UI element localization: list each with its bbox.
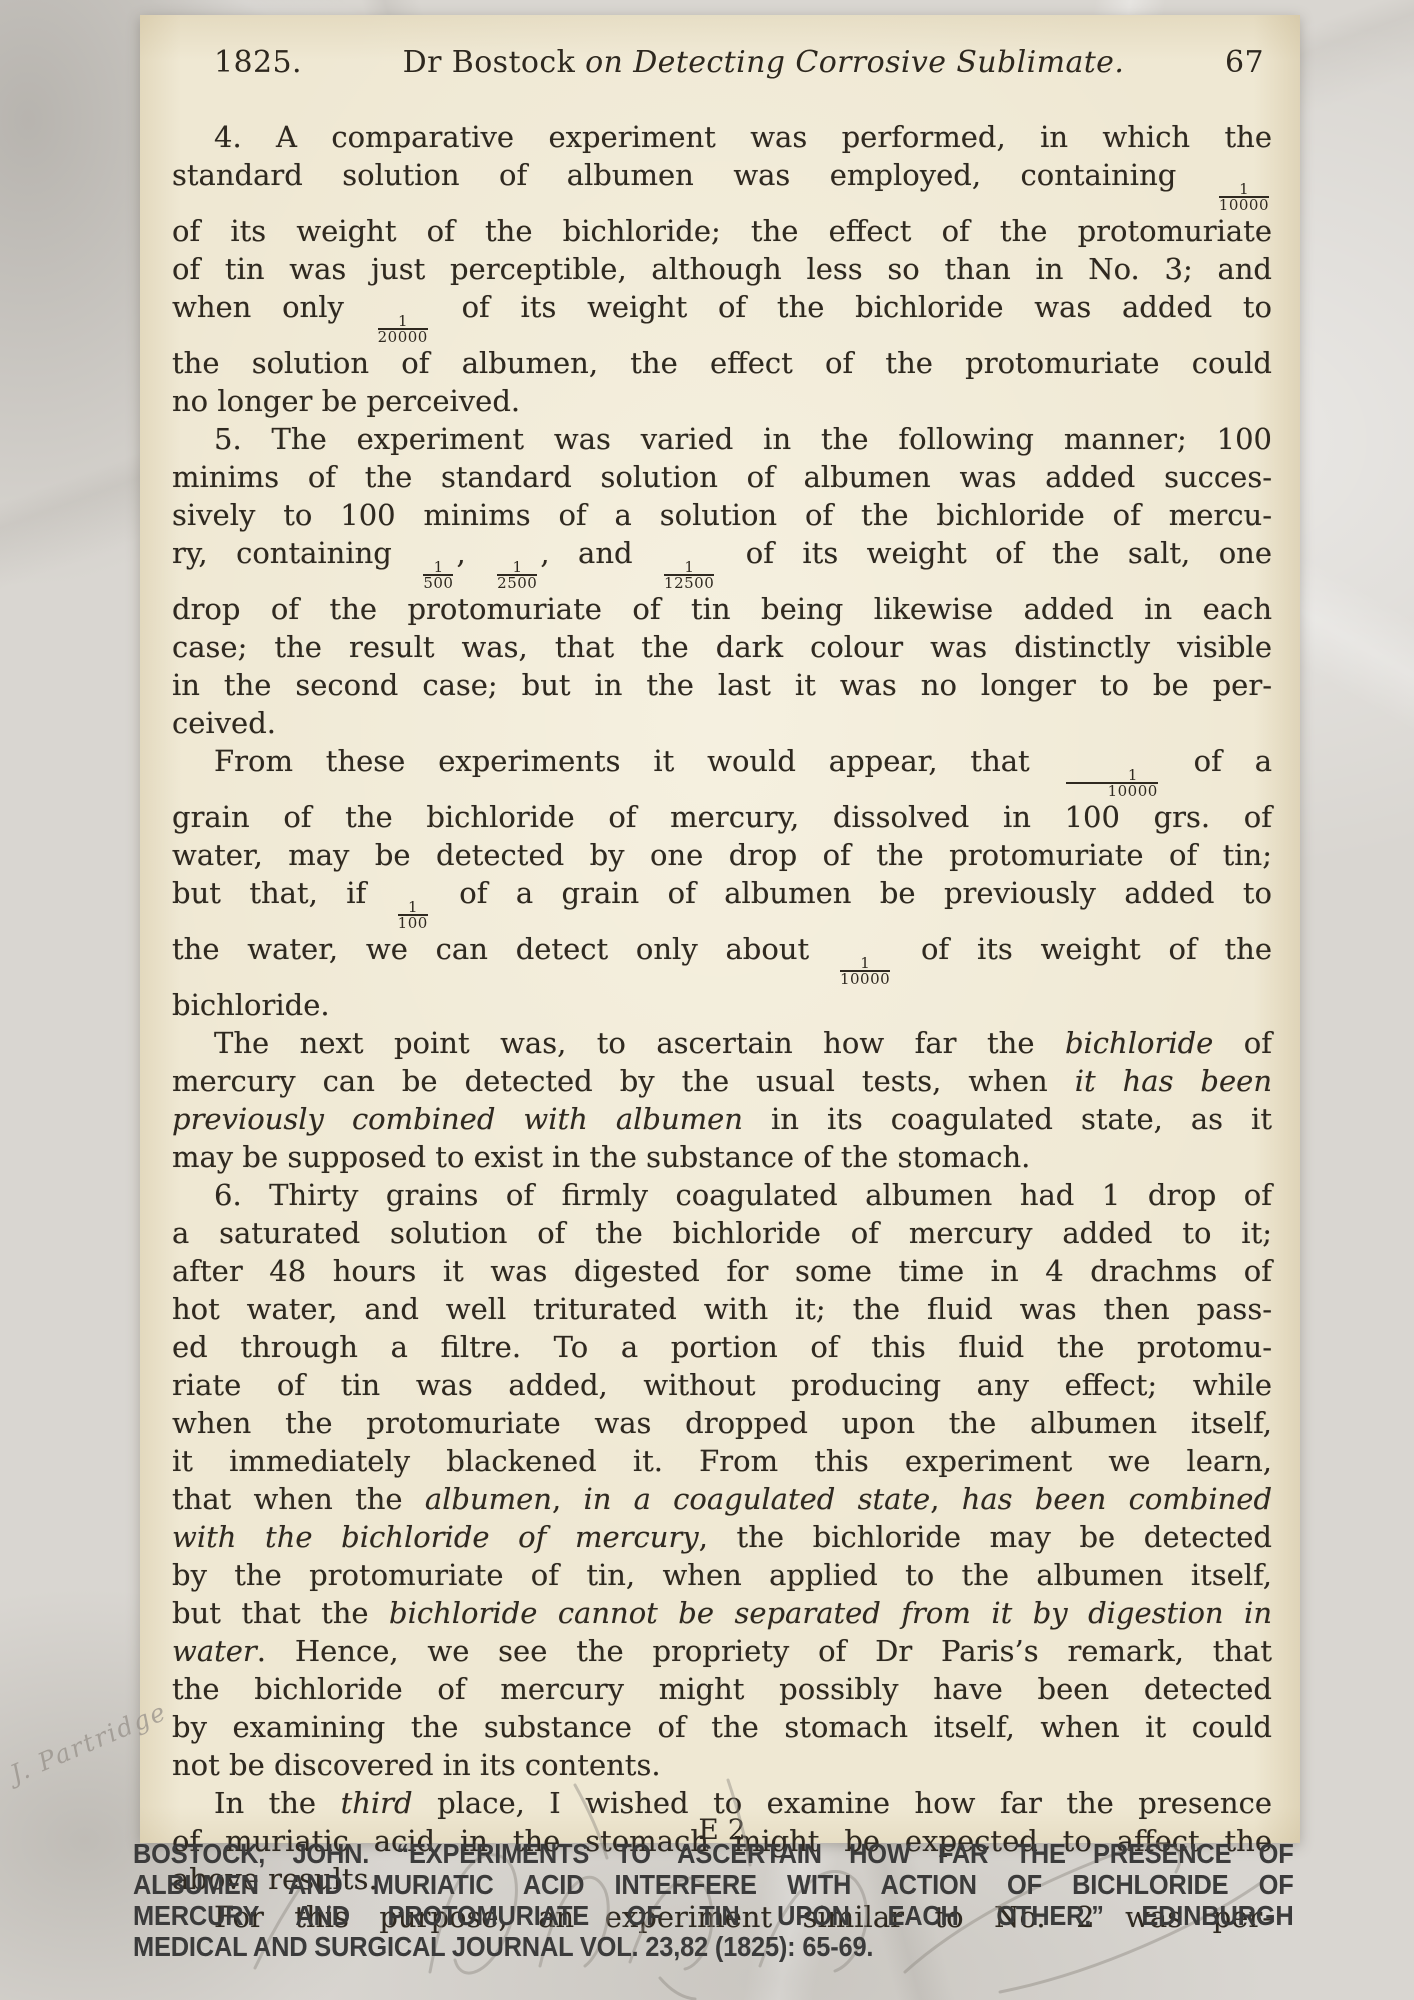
- text-line: From these experiments it would appear, …: [172, 742, 1272, 798]
- text-line: may be supposed to exist in the substanc…: [172, 1138, 1272, 1176]
- caption-line: BOSTOCK, JOHN. “EXPERIMENTS TO ASCERTAIN…: [133, 1838, 1294, 1869]
- text-line: in the second case; but in the last it w…: [172, 666, 1272, 704]
- text-line: 5. The experiment was varied in the foll…: [172, 420, 1272, 458]
- text-line: the water, we can detect only about 1100…: [172, 930, 1272, 986]
- running-title: Dr Bostock on Detecting Corrosive Sublim…: [302, 45, 1225, 80]
- text-line: that when the albumen, in a coagulated s…: [172, 1480, 1272, 1518]
- text-line: previously combined with albumen in its …: [172, 1100, 1272, 1138]
- paragraph: The next point was, to ascertain how far…: [172, 1024, 1272, 1176]
- text-line: ry, containing 1500, 12500, and 112500 o…: [172, 534, 1272, 590]
- text-line: sively to 100 minims of a solution of th…: [172, 496, 1272, 534]
- text-line: but that, if 1100 of a grain of albumen …: [172, 874, 1272, 930]
- caption-line: MEDICAL AND SURGICAL JOURNAL VOL. 23,82 …: [133, 1931, 1294, 1962]
- page-text: 4. A comparative experiment was performe…: [172, 118, 1272, 1936]
- text-line: water. Hence, we see the propriety of Dr…: [172, 1632, 1272, 1670]
- text-line: hot water, and well triturated with it; …: [172, 1290, 1272, 1328]
- text-line: it immediately blackened it. From this e…: [172, 1442, 1272, 1480]
- page-year: 1825.: [214, 45, 302, 80]
- text-line: bichloride.: [172, 986, 1272, 1024]
- text-line: water, may be detected by one drop of th…: [172, 836, 1272, 874]
- text-line: case; the result was, that the dark colo…: [172, 628, 1272, 666]
- text-line: no longer be perceived.: [172, 382, 1272, 420]
- page-number: 67: [1225, 45, 1264, 80]
- paragraph: 6. Thirty grains of firmly coagulated al…: [172, 1176, 1272, 1784]
- caption-line: MERCURY AND PROTOMURIATE OF TIN UPON EAC…: [133, 1900, 1294, 1931]
- text-line: ceived.: [172, 704, 1272, 742]
- text-line: by the protomuriate of tin, when applied…: [172, 1556, 1272, 1594]
- citation-caption: BOSTOCK, JOHN. “EXPERIMENTS TO ASCERTAIN…: [133, 1838, 1294, 1962]
- text-line: but that the bichloride cannot be separa…: [172, 1594, 1272, 1632]
- text-line: ed through a filtre. To a portion of thi…: [172, 1328, 1272, 1366]
- text-line: drop of the protomuriate of tin being li…: [172, 590, 1272, 628]
- text-line: of tin was just perceptible, although le…: [172, 250, 1272, 288]
- text-line: when only 120000 of its weight of the bi…: [172, 288, 1272, 344]
- text-line: when the protomuriate was dropped upon t…: [172, 1404, 1272, 1442]
- paragraph: 5. The experiment was varied in the foll…: [172, 420, 1272, 742]
- paragraph: From these experiments it would appear, …: [172, 742, 1272, 1024]
- text-line: of its weight of the bichloride; the eff…: [172, 212, 1272, 250]
- running-title-roman: Dr Bostock: [403, 45, 585, 80]
- text-line: 4. A comparative experiment was performe…: [172, 118, 1272, 156]
- text-line: the bichloride of mercury might possibly…: [172, 1670, 1272, 1708]
- paragraph: 4. A comparative experiment was performe…: [172, 118, 1272, 420]
- running-title-italic: on Detecting Corrosive Sublimate.: [585, 45, 1124, 80]
- text-line: after 48 hours it was digested for some …: [172, 1252, 1272, 1290]
- scan-background: 1825. Dr Bostock on Detecting Corrosive …: [0, 0, 1414, 2000]
- caption-line: ALBUMEN AND MURIATIC ACID INTERFERE WITH…: [133, 1869, 1294, 1900]
- text-line: standard solution of albumen was employe…: [172, 156, 1272, 212]
- text-line: minims of the standard solution of album…: [172, 458, 1272, 496]
- text-line: mercury can be detected by the usual tes…: [172, 1062, 1272, 1100]
- running-header: 1825. Dr Bostock on Detecting Corrosive …: [172, 45, 1272, 80]
- text-line: The next point was, to ascertain how far…: [172, 1024, 1272, 1062]
- book-page: 1825. Dr Bostock on Detecting Corrosive …: [140, 15, 1300, 1843]
- text-line: 6. Thirty grains of firmly coagulated al…: [172, 1176, 1272, 1214]
- text-line: the solution of albumen, the effect of t…: [172, 344, 1272, 382]
- text-line: a saturated solution of the bichloride o…: [172, 1214, 1272, 1252]
- text-line: riate of tin was added, without producin…: [172, 1366, 1272, 1404]
- text-line: grain of the bichloride of mercury, diss…: [172, 798, 1272, 836]
- text-line: with the bichloride of mercury, the bich…: [172, 1518, 1272, 1556]
